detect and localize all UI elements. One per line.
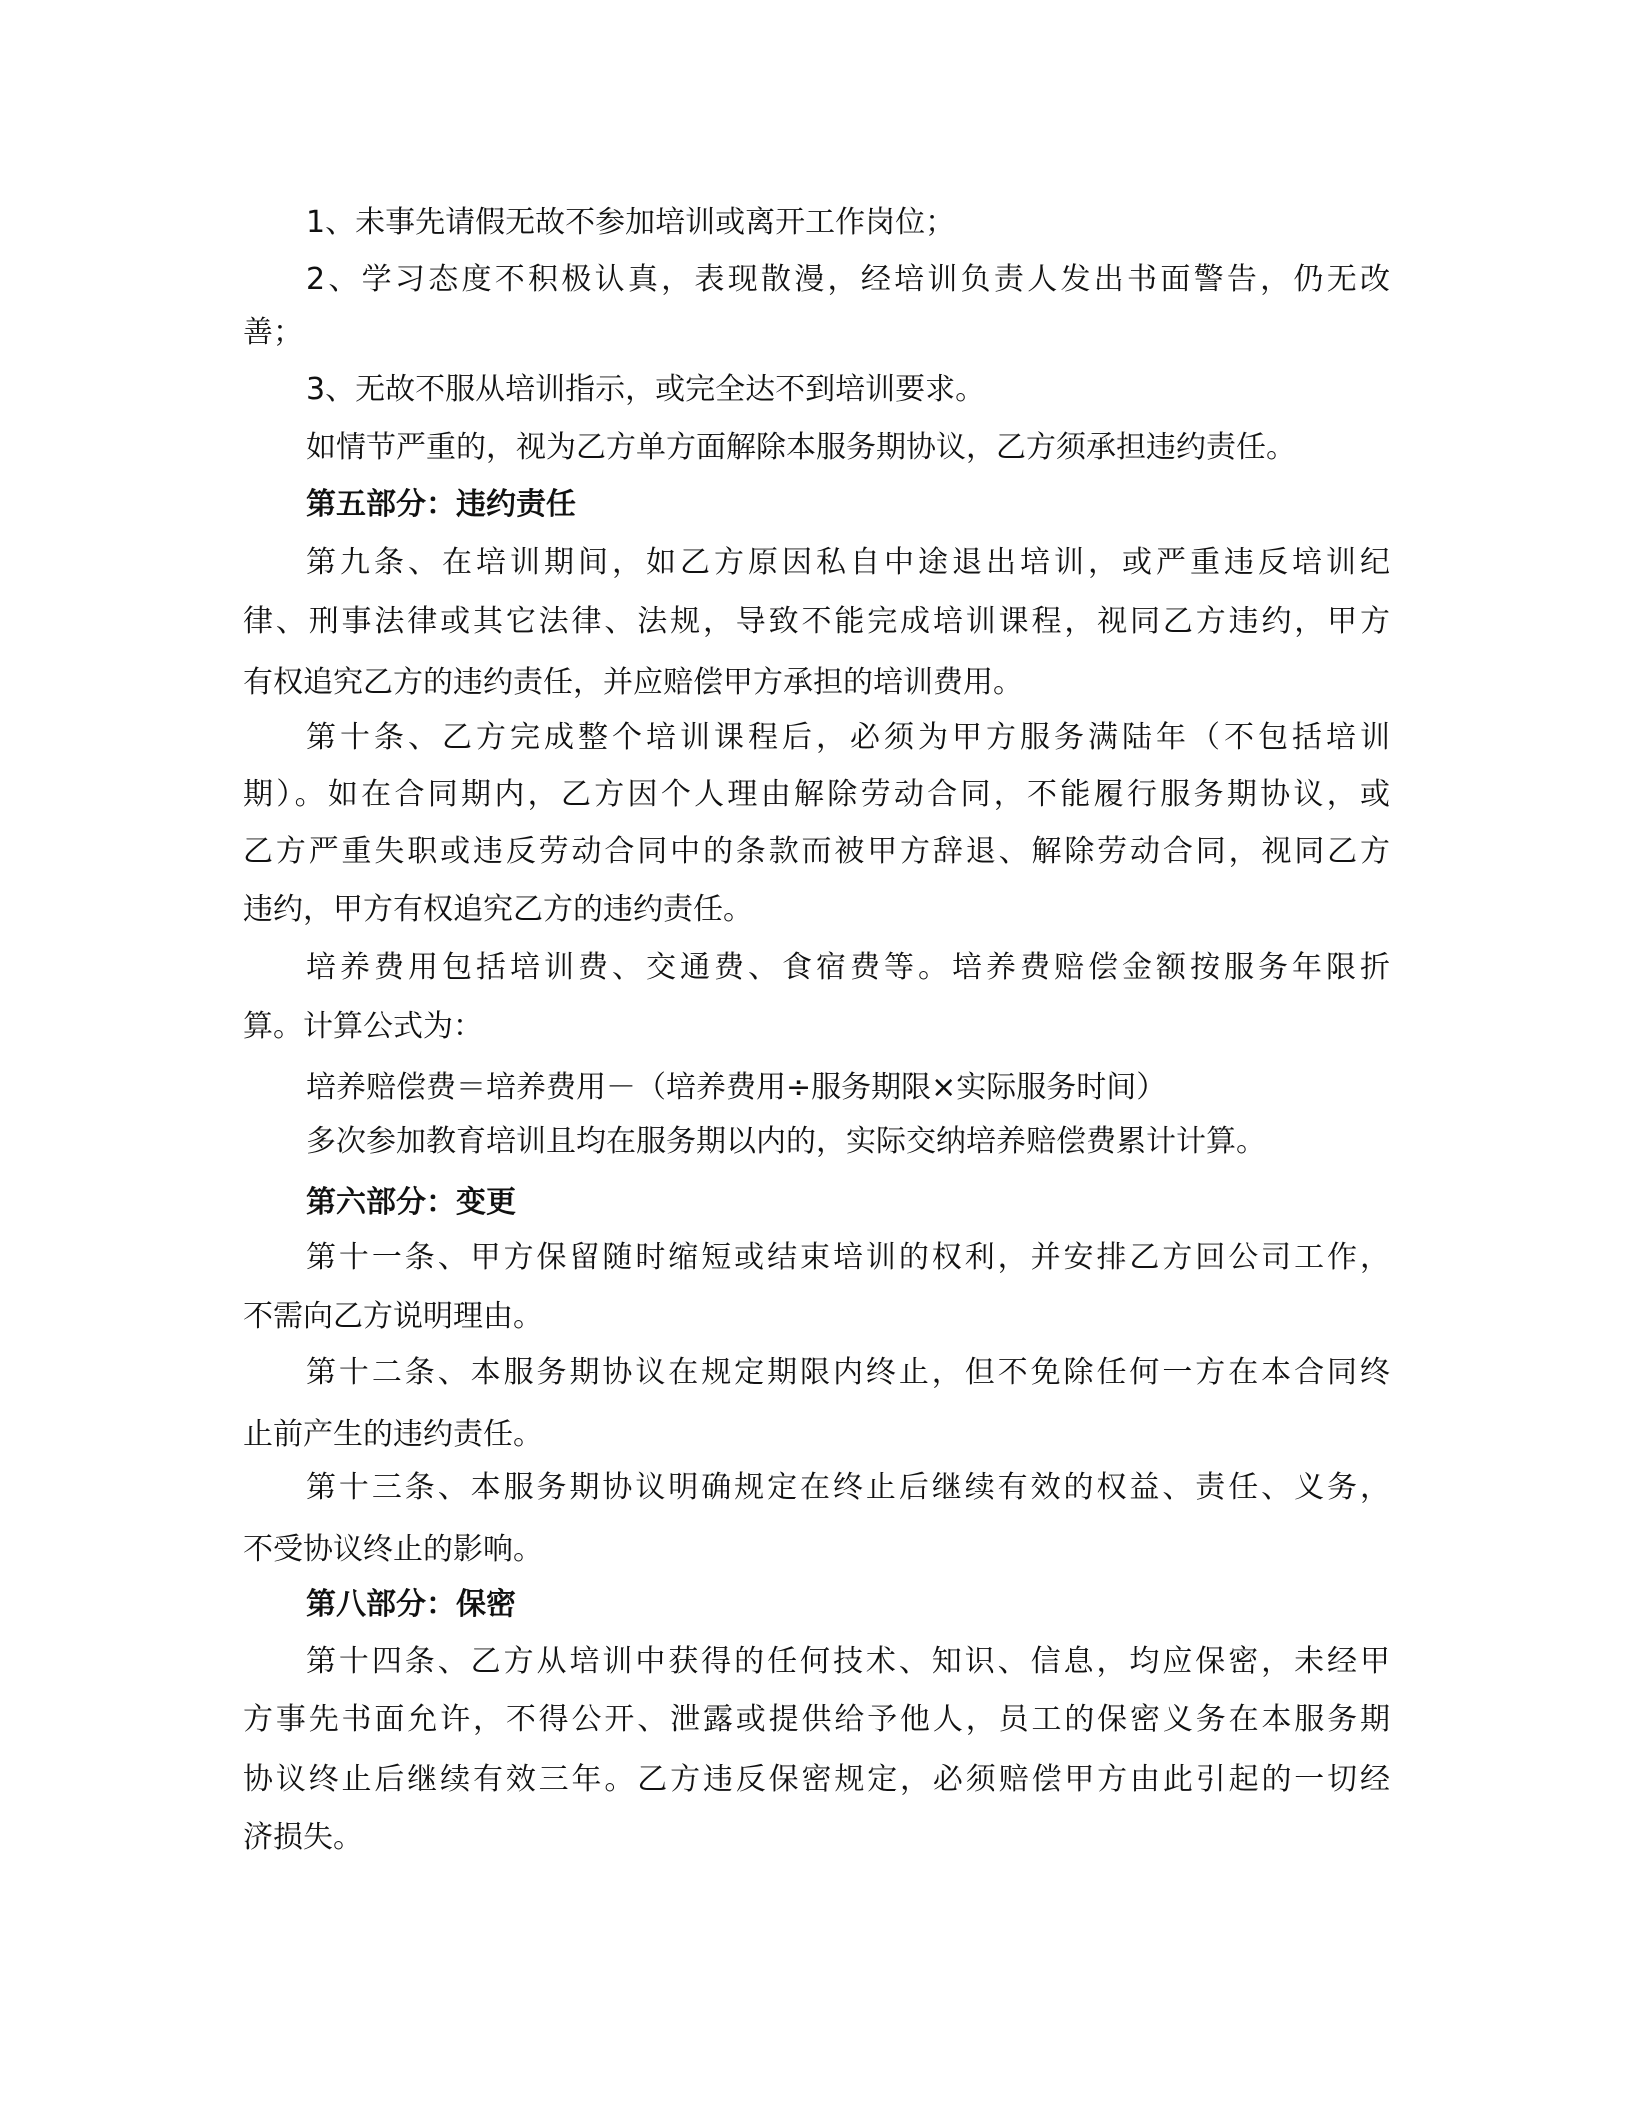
- article-10-line-2: 期）。如在合同期内，乙方因个人理由解除劳动合同，不能履行服务期协议，或: [243, 775, 1390, 815]
- article-9-line-2: 律、刑事法律或其它法律、法规，导致不能完成培训课程，视同乙方违约，甲方: [243, 602, 1390, 642]
- paragraph-severe-cases: 如情节严重的，视为乙方单方面解除本服务期协议，乙方须承担违约责任。: [306, 428, 1390, 468]
- list-item-1: 1、未事先请假无故不参加培训或离开工作岗位；: [306, 203, 1390, 243]
- article-13-line-1: 第十三条、本服务期协议明确规定在终止后继续有效的权益、责任、义务，: [306, 1468, 1390, 1508]
- article-14-line-2: 方事先书面允许，不得公开、泄露或提供给予他人，员工的保密义务在本服务期: [243, 1700, 1390, 1740]
- article-14-line-3: 协议终止后继续有效三年。乙方违反保密规定，必须赔偿甲方由此引起的一切经: [243, 1760, 1390, 1800]
- article-9-line-3: 有权追究乙方的违约责任，并应赔偿甲方承担的培训费用。: [243, 663, 1023, 703]
- article-12-line-1: 第十二条、本服务期协议在规定期限内终止，但不免除任何一方在本合同终: [306, 1353, 1390, 1393]
- section-heading-part-8: 第八部分：保密: [306, 1585, 516, 1625]
- article-9-line-1: 第九条、在培训期间，如乙方原因私自中途退出培训，或严重违反培训纪: [306, 543, 1390, 583]
- document-page: 1、未事先请假无故不参加培训或离开工作岗位； 2、学习态度不积极认真，表现散漫，…: [0, 0, 1632, 2112]
- article-14-line-4: 济损失。: [243, 1818, 363, 1858]
- article-10-line-1: 第十条、乙方完成整个培训课程后，必须为甲方服务满陆年（不包括培训: [306, 718, 1390, 758]
- list-item-2: 2、学习态度不积极认真，表现散漫，经培训负责人发出书面警告，仍无改: [306, 260, 1390, 300]
- list-item-2-continuation: 善；: [243, 313, 303, 353]
- section-heading-part-5: 第五部分：违约责任: [306, 485, 576, 525]
- cost-paragraph-line-1: 培养费用包括培训费、交通费、食宿费等。培养费赔偿金额按服务年限折: [306, 948, 1390, 988]
- article-12-line-2: 止前产生的违约责任。: [243, 1415, 543, 1455]
- section-heading-part-6: 第六部分：变更: [306, 1183, 516, 1223]
- article-14-line-1: 第十四条、乙方从培训中获得的任何技术、知识、信息，均应保密，未经甲: [306, 1642, 1390, 1682]
- article-10-line-4: 违约，甲方有权追究乙方的违约责任。: [243, 890, 753, 930]
- cumulative-paragraph: 多次参加教育培训且均在服务期以内的，实际交纳培养赔偿费累计计算。: [306, 1122, 1266, 1162]
- cost-paragraph-line-2: 算。计算公式为：: [243, 1007, 483, 1047]
- list-item-3: 3、无故不服从培训指示，或完全达不到培训要求。: [306, 370, 1390, 410]
- article-11-line-1: 第十一条、甲方保留随时缩短或结束培训的权利，并安排乙方回公司工作，: [306, 1238, 1390, 1278]
- formula-line: 培养赔偿费＝培养费用－（培养费用÷服务期限×实际服务时间）: [306, 1068, 1166, 1108]
- article-11-line-2: 不需向乙方说明理由。: [243, 1297, 543, 1337]
- article-13-line-2: 不受协议终止的影响。: [243, 1530, 543, 1570]
- article-10-line-3: 乙方严重失职或违反劳动合同中的条款而被甲方辞退、解除劳动合同，视同乙方: [243, 832, 1390, 872]
